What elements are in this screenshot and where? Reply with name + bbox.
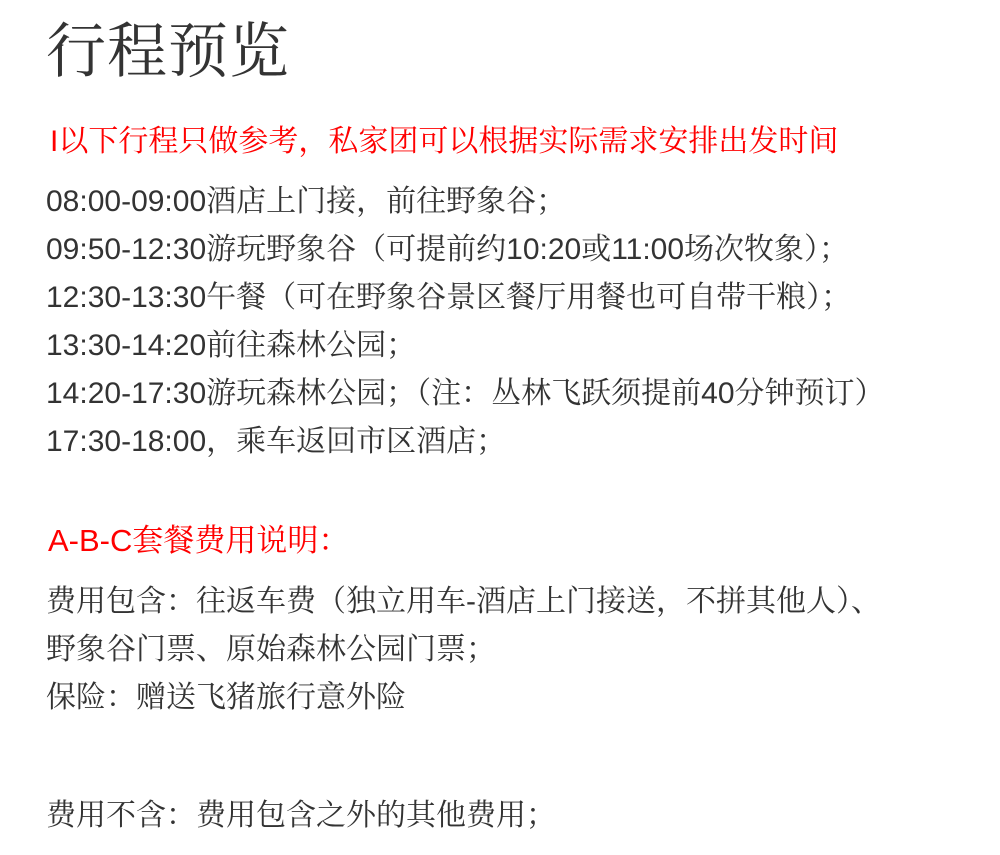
itinerary-line: 17:30-18:00，乘车返回市区酒店； — [46, 418, 970, 466]
itinerary-line: 13:30-14:20前往森林公园； — [46, 322, 970, 370]
itinerary-line: 09:50-12:30游玩野象谷（可提前约10:20或11:00场次牧象）； — [46, 226, 970, 274]
fee-description: 费用包含：往返车费（独立用车-酒店上门接送，不拼其他人）、 野象谷门票、原始森林… — [46, 578, 970, 722]
fee-line: 野象谷门票、原始森林公园门票； — [46, 626, 970, 674]
itinerary-line: 12:30-13:30午餐（可在野象谷景区餐厅用餐也可自带干粮）； — [46, 274, 970, 322]
package-fee-heading: A-B-C套餐费用说明： — [48, 524, 970, 558]
itinerary-notice: I以下行程只做参考，私家团可以根据实际需求安排出发时间 — [50, 125, 970, 159]
fee-line: 保险：赠送飞猪旅行意外险 — [46, 674, 970, 722]
page-title: 行程预览 — [46, 14, 970, 89]
itinerary-line: 08:00-09:00酒店上门接，前往野象谷； — [46, 178, 970, 226]
fee-line: 费用包含：往返车费（独立用车-酒店上门接送，不拼其他人）、 — [46, 578, 970, 626]
itinerary-preview-page: 行程预览 I以下行程只做参考，私家团可以根据实际需求安排出发时间 08:00-0… — [0, 0, 1000, 855]
itinerary-line: 14:20-17:30游玩森林公园；（注：丛林飞跃须提前40分钟预订） — [46, 370, 970, 418]
itinerary-list: 08:00-09:00酒店上门接，前往野象谷； 09:50-12:30游玩野象谷… — [46, 178, 970, 466]
fee-excluded-line: 费用不含：费用包含之外的其他费用； — [46, 792, 970, 840]
